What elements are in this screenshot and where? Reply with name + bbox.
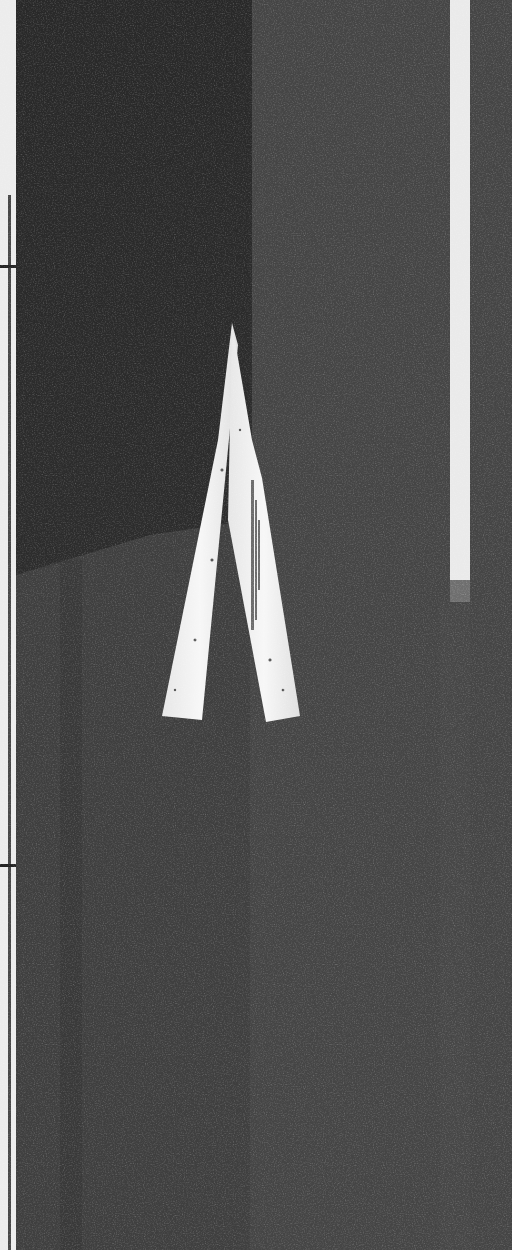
road-scene — [0, 0, 512, 1250]
road-image — [0, 0, 512, 1250]
grain-overlay — [0, 0, 512, 1250]
